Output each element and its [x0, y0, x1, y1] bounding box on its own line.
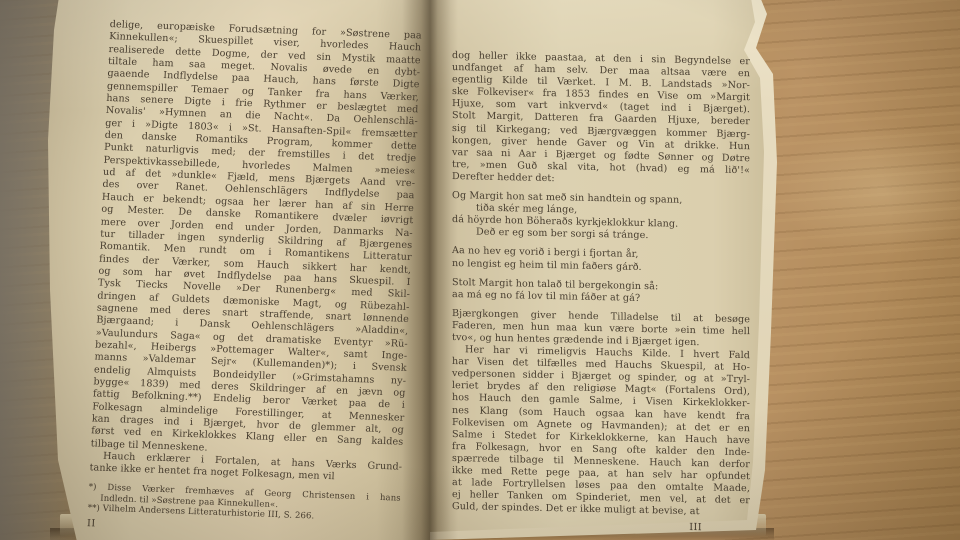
photo-scene: delige, europæiske Forudsætning for »Søs… [0, 0, 960, 540]
right-page-paragraph-1: dog heller ikke paastaa, at den i sin Be… [452, 50, 750, 189]
folk-verse-stanza-1: Og Margit hon sat með sin handtein og sp… [452, 190, 750, 245]
left-page-paragraph-1: delige, europæiske Forudsætning for »Søs… [90, 19, 422, 462]
right-page-paragraph-2: Bjærgkongen giver hende Tilladelse til a… [452, 308, 750, 351]
left-page-text: delige, europæiske Forudsætning for »Søs… [87, 19, 422, 540]
right-page-paragraph-3: Her har vi rimeligvis Hauchs Kilde. I hv… [452, 344, 750, 520]
folk-verse-stanza-3: Stolt Margit hon talað til bergekongin s… [452, 277, 750, 307]
right-page-text: dog heller ikke paastaa, at den i sin Be… [452, 50, 750, 536]
folk-verse-stanza-2: Aa no hev eg vorið i bergi i fjortan år,… [452, 245, 750, 275]
